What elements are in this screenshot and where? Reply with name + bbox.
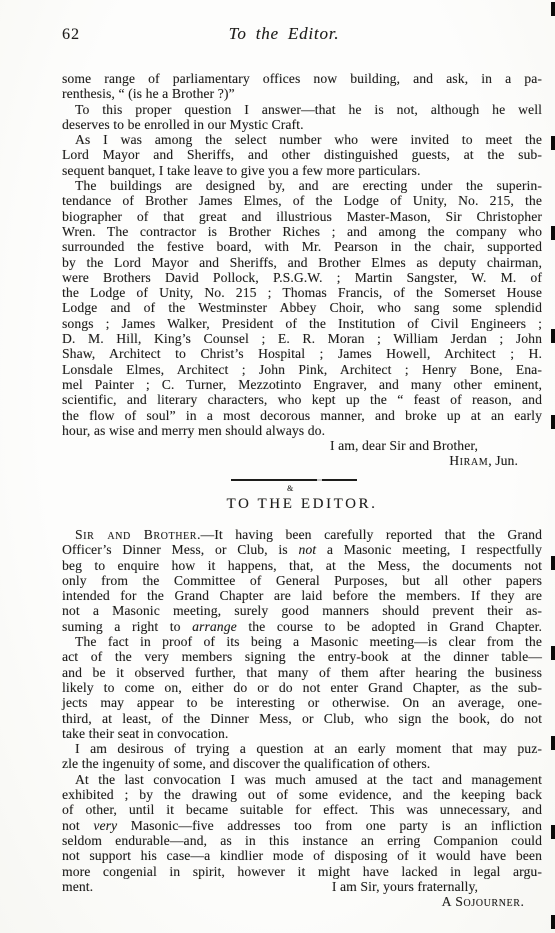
text-segment: suming a right to [62,619,192,634]
text-segment: some range of parliamentary offices now … [62,71,542,86]
text-line: I am desirous of trying a question at an… [62,741,542,756]
text-line: As I was among the select number who wer… [62,132,542,147]
text-segment: only from the Committee of General Purpo… [62,573,542,588]
text-line: scientific, and literary characters, who… [62,392,542,407]
section-divider-rule [231,479,357,481]
text-line: D. M. Hill, King’s Counsel ; E. R. Moran… [62,331,542,346]
text-line: ment.I am Sir, yours fraternally, [62,879,542,894]
text-line: hour, as wise and merry men should alway… [62,423,542,438]
text-segment: deserves to be enrolled in our Mystic Cr… [62,117,304,132]
text-segment: very [93,818,117,833]
text-line: the flow of soul” in a most decorous man… [62,408,542,423]
scan-edge-mark [551,825,555,839]
scan-edge-mark [551,646,555,660]
text-segment: I am desirous of trying a question at an… [75,741,542,756]
text-line: some range of parliamentary offices now … [62,71,542,86]
text-line: act of the very members signing the entr… [62,649,542,664]
text-segment: hour, as wise and merry men should alway… [62,423,325,438]
text-segment: Lonsdale Elmes, Architect ; John Pink, A… [62,362,542,377]
scan-edge-mark [551,226,555,240]
text-segment: To this proper question I answer—that he… [75,102,542,117]
text-line: seldom endurable—and, as in this instanc… [62,833,542,848]
text-segment: , Jun. [488,453,518,468]
text-segment: act of the very members signing the entr… [62,649,542,664]
text-segment: I am Sir, yours fraternally, [332,879,478,894]
text-segment: arrange [192,619,237,634]
text-segment: Wren. The contractor is Brother Riches ;… [62,224,542,239]
letter-2-heading: TO THE EDITOR. [227,496,378,513]
letter-1-body: some range of parliamentary offices now … [62,71,542,469]
scan-edge-mark [551,736,555,750]
text-line: biographer of that great and illustrious… [62,209,542,224]
text-segment: . [520,894,524,909]
text-segment: Officer’s Dinner Mess, or Club, is [62,542,298,557]
text-segment: As I was among the select number who wer… [75,132,542,147]
text-line: Wren. The contractor is Brother Riches ;… [62,224,542,239]
text-segment: ment. [62,879,93,894]
text-segment: tendance of Brother James Elmes, of the … [62,193,542,208]
text-line: deserves to be enrolled in our Mystic Cr… [62,117,542,132]
text-segment: Shaw, Architect to Christ’s Hospital ; J… [62,346,542,361]
text-line: not very Masonic—five addresses too from… [62,818,542,833]
scan-edge-mark [551,415,555,429]
text-line: likely to come on, either do or do not e… [62,680,542,695]
text-segment: mel Painter ; C. Turner, Mezzotinto Engr… [62,377,542,392]
text-line: only from the Committee of General Purpo… [62,573,542,588]
text-line: of other, until it became suitable for e… [62,802,542,817]
text-segment: At the last convocation I was much amuse… [75,772,542,787]
print-ornament: & [287,484,293,493]
text-segment: intended for the Grand Chapter are laid … [62,588,542,603]
text-segment: Lodge and of the Westminster Abbey Choir… [62,300,542,315]
page-number: 62 [62,26,80,44]
text-line: more congenial in spirit, however it mig… [62,864,542,879]
text-line: not a Masonic meeting, surely good manne… [62,603,542,618]
scanned-page: 62 To the Editor. some range of parliame… [0,0,555,933]
text-segment: Masonic—five addresses too from one part… [117,818,542,833]
text-segment: a Masonic meeting, I respectfully [316,542,542,557]
text-line: Hiram, Jun. [62,453,542,468]
scan-edge-mark [551,915,555,929]
text-segment: the Lodge of Unity, No. 215 ; Thomas Fra… [62,285,542,300]
text-segment: .—It having been carefully reported that… [197,527,542,542]
text-line: third, at least, of the Dinner Mess, or … [62,711,542,726]
text-line: To this proper question I answer—that he… [62,102,542,117]
text-line: beg to enquire how it happens, that, at … [62,558,542,573]
text-segment: take their seat in convocation. [62,726,228,741]
text-segment: of other, until it became suitable for e… [62,802,542,817]
text-line: songs ; James Walker, President of the I… [62,316,542,331]
text-segment: third, at least, of the Dinner Mess, or … [62,711,542,726]
text-segment: biographer of that great and illustrious… [62,209,542,224]
scan-edge-mark [551,136,555,150]
text-segment: D. M. Hill, King’s Counsel ; E. R. Moran… [62,331,542,346]
text-segment: scientific, and literary characters, who… [62,392,542,407]
text-segment: sequent banquet, I take leave to give yo… [62,163,420,178]
text-line: surrounded the festive board, with Mr. P… [62,239,542,254]
scan-edge-mark [551,556,555,570]
text-segment: were Brothers David Pollock, P.S.G.W. ; … [62,270,542,285]
text-line: exhibited ; by the drawing out of some e… [62,787,542,802]
letter-2-body: Sir and Brother.—It having been carefull… [62,527,542,909]
text-line: take their seat in convocation. [62,726,542,741]
text-segment: jects may appear to be interesting or ot… [62,695,542,710]
text-line: jects may appear to be interesting or ot… [62,695,542,710]
text-segment: beg to enquire how it happens, that, at … [62,558,542,573]
text-segment: I am, dear Sir and Brother, [330,438,478,453]
scan-edge-mark [551,2,555,16]
text-segment: exhibited ; by the drawing out of some e… [62,787,542,802]
text-line: were Brothers David Pollock, P.S.G.W. ; … [62,270,542,285]
text-segment: seldom endurable—and, as in this instanc… [62,833,542,848]
text-segment: Hiram [449,453,488,468]
text-line: Shaw, Architect to Christ’s Hospital ; J… [62,346,542,361]
text-line: Lonsdale Elmes, Architect ; John Pink, A… [62,362,542,377]
text-segment: surrounded the festive board, with Mr. P… [62,239,542,254]
text-segment: not [298,542,316,557]
text-segment: not a Masonic meeting, surely good manne… [62,603,542,618]
text-segment: not support his case—a kindlier mode of … [62,848,542,863]
text-segment: songs ; James Walker, President of the I… [62,316,542,331]
text-segment: The fact in proof of its being a Masonic… [75,634,542,649]
text-segment: the flow of soul” in a most decorous man… [62,408,542,423]
text-line: renthesis, “ (is he a Brother ?)” [62,86,542,101]
text-line: zle the ingenuity of some, and discover … [62,756,542,771]
text-line: The buildings are designed by, and are e… [62,178,542,193]
text-line: suming a right to arrange the course to … [62,619,542,634]
text-line: A Sojourner. [62,894,542,909]
text-segment: the course to be adopted in Grand Chapte… [237,619,542,634]
scan-edge-mark [551,329,555,343]
text-line: Sir and Brother.—It having been carefull… [62,527,542,542]
text-segment: not [62,818,93,833]
text-line: intended for the Grand Chapter are laid … [62,588,542,603]
text-segment: more congenial in spirit, however it mig… [62,864,542,879]
text-line: mel Painter ; C. Turner, Mezzotinto Engr… [62,377,542,392]
text-segment: zle the ingenuity of some, and discover … [62,756,430,771]
text-line: I am, dear Sir and Brother, [62,438,542,453]
text-line: not support his case—a kindlier mode of … [62,848,542,863]
text-line: Officer’s Dinner Mess, or Club, is not a… [62,542,542,557]
text-line: Lodge and of the Westminster Abbey Choir… [62,300,542,315]
text-line: the Lodge of Unity, No. 215 ; Thomas Fra… [62,285,542,300]
text-line: Lord Mayor and Sheriffs, and other disti… [62,147,542,162]
text-segment: A Sojourner [442,894,521,909]
text-segment: The buildings are designed by, and are e… [75,178,542,193]
text-segment: and be it observed further, that many of… [62,665,542,680]
text-segment: Sir and Brother [75,527,197,542]
text-line: sequent banquet, I take leave to give yo… [62,163,542,178]
text-segment: by the Lord Mayor and Sheriffs, and Brot… [62,255,542,270]
text-line: tendance of Brother James Elmes, of the … [62,193,542,208]
text-line: and be it observed further, that many of… [62,665,542,680]
running-title: To the Editor. [229,24,340,44]
text-line: The fact in proof of its being a Masonic… [62,634,542,649]
text-line: At the last convocation I was much amuse… [62,772,542,787]
text-segment: renthesis, “ (is he a Brother ?)” [62,86,235,101]
text-segment: Lord Mayor and Sheriffs, and other disti… [62,147,542,162]
text-segment: likely to come on, either do or do not e… [62,680,542,695]
text-line: by the Lord Mayor and Sheriffs, and Brot… [62,255,542,270]
